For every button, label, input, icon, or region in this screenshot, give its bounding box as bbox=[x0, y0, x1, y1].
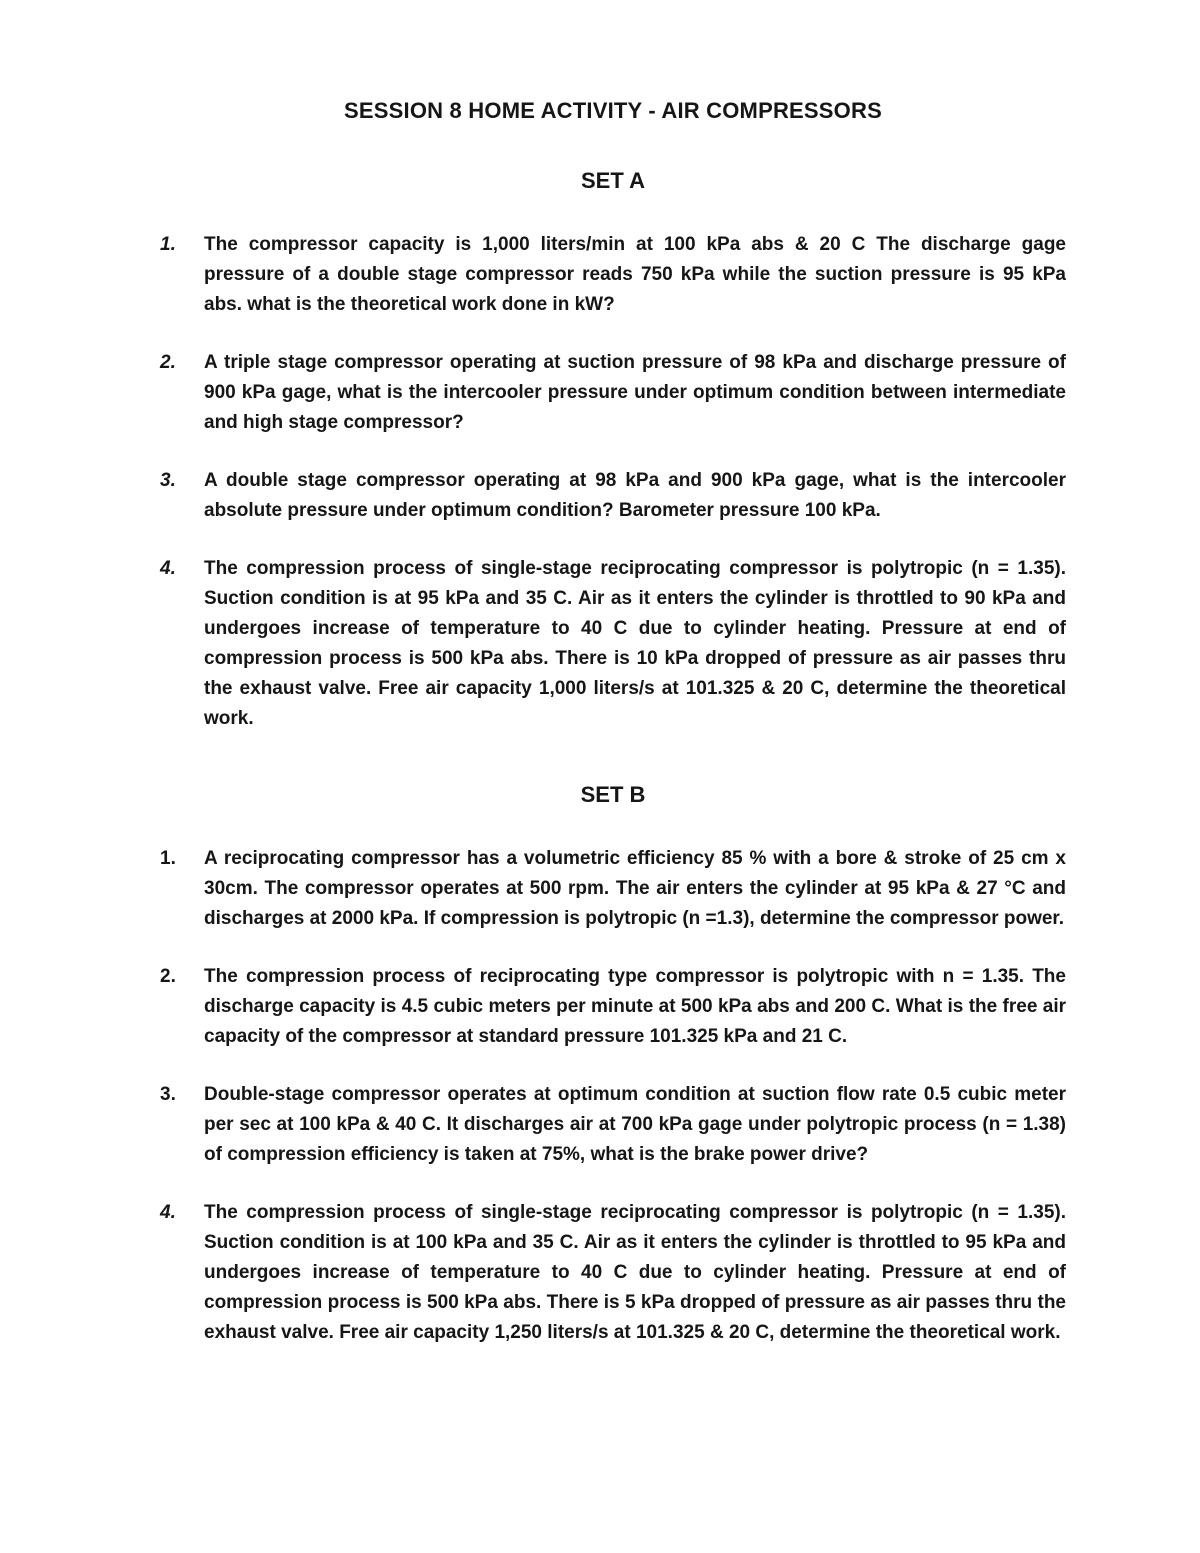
item-text: The compression process of single-stage … bbox=[204, 554, 1066, 734]
item-number: 1. bbox=[160, 844, 204, 934]
set-b-item-4: 4. The compression process of single-sta… bbox=[160, 1198, 1066, 1348]
document-content: SESSION 8 HOME ACTIVITY - AIR COMPRESSOR… bbox=[160, 98, 1066, 1348]
item-number: 3. bbox=[160, 1080, 204, 1170]
set-b-item-3: 3. Double-stage compressor operates at o… bbox=[160, 1080, 1066, 1170]
set-a-item-1: 1. The compressor capacity is 1,000 lite… bbox=[160, 230, 1066, 320]
item-number: 3. bbox=[160, 466, 204, 526]
item-text: The compressor capacity is 1,000 liters/… bbox=[204, 230, 1066, 320]
set-a-heading: SET A bbox=[160, 168, 1066, 194]
set-b-heading: SET B bbox=[160, 782, 1066, 808]
item-text: Double-stage compressor operates at opti… bbox=[204, 1080, 1066, 1170]
item-text: The compression process of reciprocating… bbox=[204, 962, 1066, 1052]
set-b-item-2: 2. The compression process of reciprocat… bbox=[160, 962, 1066, 1052]
document-title: SESSION 8 HOME ACTIVITY - AIR COMPRESSOR… bbox=[160, 98, 1066, 124]
item-number: 4. bbox=[160, 554, 204, 734]
item-number: 4. bbox=[160, 1198, 204, 1348]
set-a-item-2: 2. A triple stage compressor operating a… bbox=[160, 348, 1066, 438]
item-number: 2. bbox=[160, 348, 204, 438]
set-b-item-1: 1. A reciprocating compressor has a volu… bbox=[160, 844, 1066, 934]
item-text: The compression process of single-stage … bbox=[204, 1198, 1066, 1348]
document-page: SESSION 8 HOME ACTIVITY - AIR COMPRESSOR… bbox=[0, 0, 1200, 1553]
set-a-item-3: 3. A double stage compressor operating a… bbox=[160, 466, 1066, 526]
item-text: A double stage compressor operating at 9… bbox=[204, 466, 1066, 526]
item-number: 2. bbox=[160, 962, 204, 1052]
item-text: A reciprocating compressor has a volumet… bbox=[204, 844, 1066, 934]
set-a-item-4: 4. The compression process of single-sta… bbox=[160, 554, 1066, 734]
item-number: 1. bbox=[160, 230, 204, 320]
item-text: A triple stage compressor operating at s… bbox=[204, 348, 1066, 438]
